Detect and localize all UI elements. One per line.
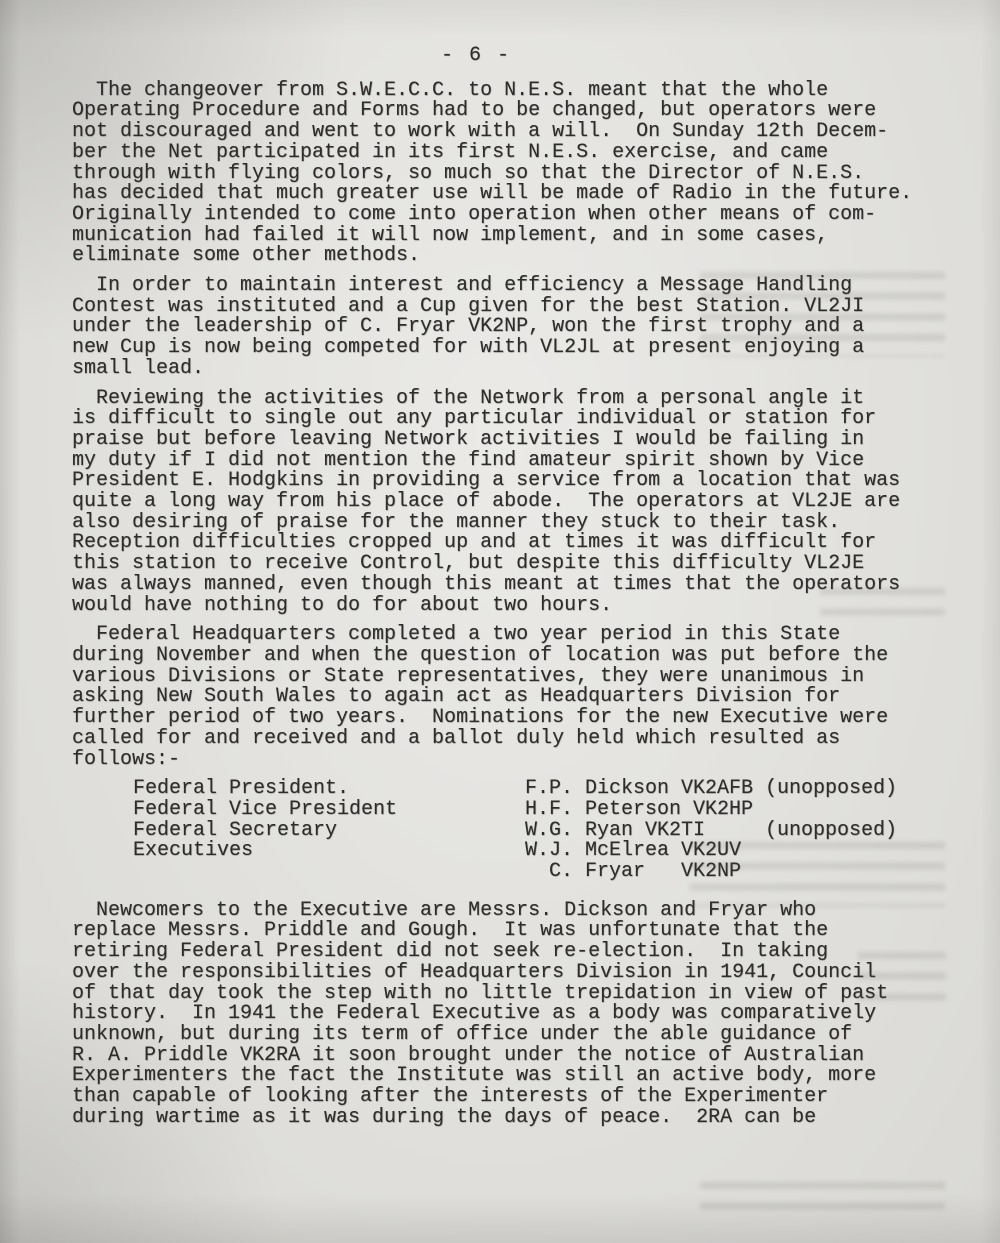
paragraph: Federal Headquarters completed a two yea… bbox=[72, 625, 940, 770]
table-row: ExecutivesW.J. McElrea VK2UV bbox=[72, 841, 940, 862]
text-line: further period of two years. Nominations… bbox=[72, 708, 940, 729]
text-line: Originally intended to come into operati… bbox=[72, 205, 940, 226]
text-line: is difficult to single out any particula… bbox=[72, 409, 940, 430]
page-number: - 6 - bbox=[72, 46, 880, 67]
result-value: C. Fryar VK2NP bbox=[525, 862, 741, 883]
text-line: praise but before leaving Network activi… bbox=[72, 430, 940, 451]
text-line: In order to maintain interest and effici… bbox=[72, 276, 940, 297]
text-line: than capable of looking after the intere… bbox=[72, 1087, 940, 1108]
text-line: retiring Federal President did not seek … bbox=[72, 942, 940, 963]
text-line: small lead. bbox=[72, 359, 940, 380]
table-row: Federal Vice PresidentH.F. Peterson VK2H… bbox=[72, 800, 940, 821]
text-line: during wartime as it was during the days… bbox=[72, 1108, 940, 1129]
text-line: Operating Procedure and Forms had to be … bbox=[72, 101, 940, 122]
paragraph: Reviewing the activities of the Network … bbox=[72, 389, 940, 617]
result-value: H.F. Peterson VK2HP bbox=[525, 800, 753, 821]
text-line: history. In 1941 the Federal Executive a… bbox=[72, 1004, 940, 1025]
paragraph: In order to maintain interest and effici… bbox=[72, 276, 940, 380]
office-label: Federal Vice President bbox=[133, 800, 525, 821]
office-label: Federal President. bbox=[133, 779, 525, 800]
text-line: President E. Hodgkins in providing a ser… bbox=[72, 471, 940, 492]
document-body: The changeover from S.W.E.C.C. to N.E.S.… bbox=[72, 81, 940, 1129]
text-line: called for and received and a ballot dul… bbox=[72, 729, 940, 750]
text-line: Federal Headquarters completed a two yea… bbox=[72, 625, 940, 646]
text-line: new Cup is now being competed for with V… bbox=[72, 338, 940, 359]
result-value: F.P. Dickson VK2AFB (unopposed) bbox=[525, 779, 897, 800]
text-line: during November and when the question of… bbox=[72, 646, 940, 667]
text-line: has decided that much greater use will b… bbox=[72, 184, 940, 205]
text-line: over the responsibilities of Headquarter… bbox=[72, 963, 940, 984]
result-value: W.J. McElrea VK2UV bbox=[525, 841, 741, 862]
paragraph: Newcomers to the Executive are Messrs. D… bbox=[72, 901, 940, 1129]
office-label: Executives bbox=[133, 841, 525, 862]
text-line: asking New South Wales to again act as H… bbox=[72, 687, 940, 708]
text-line: not discouraged and went to work with a … bbox=[72, 122, 940, 143]
text-line: ber the Net participated in its first N.… bbox=[72, 143, 940, 164]
text-line: was always manned, even though this mean… bbox=[72, 575, 940, 596]
text-line: quite a long way from his place of abode… bbox=[72, 492, 940, 513]
text-line: would have nothing to do for about two h… bbox=[72, 596, 940, 617]
text-line: Experimenters the fact the Institute was… bbox=[72, 1066, 940, 1087]
text-line: unknown, but during its term of office u… bbox=[72, 1025, 940, 1046]
text-line: this station to receive Control, but des… bbox=[72, 554, 940, 575]
paragraph: The changeover from S.W.E.C.C. to N.E.S.… bbox=[72, 81, 940, 267]
table-row: C. Fryar VK2NP bbox=[72, 862, 940, 883]
scanned-page: - 6 - The changeover from S.W.E.C.C. to … bbox=[0, 0, 1000, 1243]
officers-table: Federal President.F.P. Dickson VK2AFB (u… bbox=[72, 779, 940, 883]
office-label bbox=[133, 862, 525, 883]
table-row: Federal President.F.P. Dickson VK2AFB (u… bbox=[72, 779, 940, 800]
text-line: eliminate some other methods. bbox=[72, 246, 940, 267]
bleedthrough-smudge bbox=[700, 1182, 945, 1212]
text-line: follows:- bbox=[72, 750, 940, 771]
